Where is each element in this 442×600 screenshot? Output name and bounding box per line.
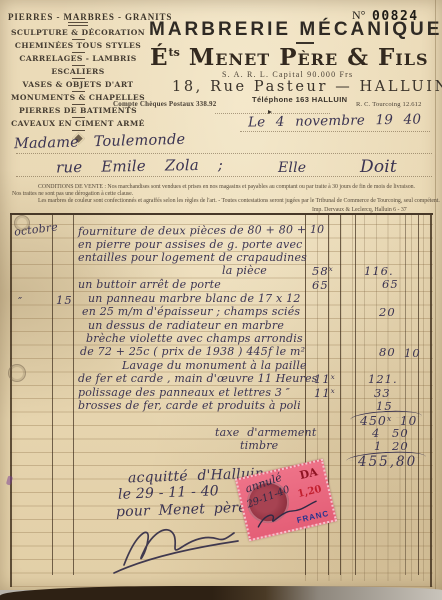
column-line: [73, 215, 74, 575]
printer-credit: Imp. Dervaux & Leclercq, Halluin 6 - 37: [312, 206, 407, 213]
postal-account: Compte Chèques Postaux 338.92: [113, 100, 216, 108]
amount: 116.: [364, 264, 394, 278]
stamp-duty-label: timbre: [240, 439, 278, 452]
grand-total: 455,80: [358, 454, 417, 470]
ledger-desc: en pierre pour assises de g. porte avec: [78, 238, 303, 251]
ledger-desc: fourniture de deux pièces de 80 + 80 + 1…: [78, 223, 324, 238]
ledger-desc: la pièce: [222, 264, 267, 277]
ledger-desc: Lavage du monument à la paille: [122, 359, 307, 372]
column-line: [418, 215, 419, 575]
name-baseline: [16, 153, 432, 154]
legal-form: S. A. R. L. Capital 90.000 Frs: [222, 70, 353, 79]
ledger-desc: de 72 + 25c ( prix de 1938 ) 445f le m²: [80, 345, 305, 358]
trade-item: PIERRES - MARBRES - GRANITS: [8, 11, 148, 27]
conditions-line3: Les marbres de couleur sont confectionné…: [38, 197, 440, 204]
stamp-duty-francs: 1: [374, 439, 382, 453]
scanned-invoice-page: { "invoice": { "number_label": "N°", "nu…: [0, 0, 442, 600]
amount: 20: [379, 305, 396, 319]
unit-price: 65: [312, 278, 329, 292]
ledger-desc: entailles pour logement de crapaudines: [78, 251, 307, 264]
table-border-left: [10, 215, 12, 587]
ledger-table: octobre ″ 15 fourniture de deux pièces d…: [10, 213, 433, 587]
column-line: [340, 215, 341, 575]
ledger-desc: un dessus de radiateur en marbre: [88, 319, 284, 332]
trade-item: CAVEAUX EN CIMENT ARMÉ: [8, 118, 148, 131]
unit-price: 11ˣ: [314, 386, 336, 400]
amount: 80: [379, 345, 396, 359]
handwritten-date: Le 4 novembre 19 40: [248, 111, 421, 130]
paper-edge: [435, 0, 436, 590]
table-border-right: [430, 215, 432, 587]
day-entry: 15: [56, 293, 73, 307]
ledger-desc: brèche violette avec champs arrondis: [86, 332, 303, 345]
signature: [110, 515, 250, 577]
unit-price: 58ˣ: [312, 264, 334, 278]
company-address: 18, Rue Pasteur — HALLUIN: [172, 79, 442, 95]
trade-item: VASES & OBJETS D'ART: [8, 79, 148, 92]
column-line: [355, 215, 356, 575]
amount: 121.: [368, 372, 398, 386]
doit-word: Doit: [360, 157, 397, 177]
trade-title: MARBRERIE MÉCANIQUE: [149, 19, 442, 41]
ledger-desc: de fer et carde , main d'œuvre 11 Heures: [78, 372, 318, 385]
ditto-mark: ″: [18, 295, 22, 308]
trade-register: R. C. Tourcoing 12.612: [356, 101, 422, 108]
amount-cents: 10: [404, 346, 421, 360]
tax-francs: 4: [372, 426, 380, 440]
amount: 33: [374, 386, 391, 400]
column-line: [52, 215, 53, 575]
tax-label: taxe d'armement: [215, 426, 316, 439]
tax-cents: 50: [392, 426, 409, 440]
company-initial: É: [150, 44, 169, 71]
amount: 65: [382, 277, 399, 291]
embossed-seal-icon: [14, 215, 30, 231]
ledger-desc: polissage des panneaux et lettres 3 ″: [78, 386, 290, 399]
recipient-street: rue Emile Zola ;: [56, 156, 223, 177]
ledger-desc: en 25 m/m d'épaisseur ; champs sciés: [82, 305, 300, 318]
scan-bottom-edge: [0, 586, 442, 600]
company-rest: Menet Père & Fils: [180, 44, 429, 71]
stamp-series: DA: [298, 465, 319, 482]
column-line: [405, 215, 406, 575]
conditions-line1: CONDITIONS DE VENTE : Nos marchandises s…: [38, 183, 415, 190]
embossed-seal-icon: [8, 364, 26, 382]
trade-list: PIERRES - MARBRES - GRANITS SCULPTURE & …: [8, 11, 148, 146]
company-name: Éts Menet Père & Fils: [150, 44, 429, 71]
trade-item: CHEMINÉES TOUS STYLES: [8, 40, 148, 53]
ledger-desc: un buttoir arrêt de porte: [78, 278, 221, 291]
conditions-line2: Nos traites ne sont pas une dérogation à…: [12, 190, 133, 197]
ledger-desc: un panneau marbre blanc de 17 x 12: [88, 292, 301, 305]
phone-line: Téléphone 163 HALLUIN: [252, 95, 348, 104]
unit-price: 11ˣ: [314, 372, 336, 386]
date-baseline: [240, 131, 430, 132]
elle-word: Elle: [278, 160, 306, 176]
trade-item: SCULPTURE & DÉCORATION: [8, 27, 148, 40]
trade-item: ESCALIERS: [8, 66, 148, 79]
trade-item: CARRELAGES - LAMBRIS: [8, 53, 148, 66]
acquit-line2: le 29 - 11 - 40: [118, 483, 219, 503]
company-superscript: ts: [169, 46, 180, 59]
ledger-desc: brosses de fer, carde et produits à poli: [78, 399, 301, 412]
